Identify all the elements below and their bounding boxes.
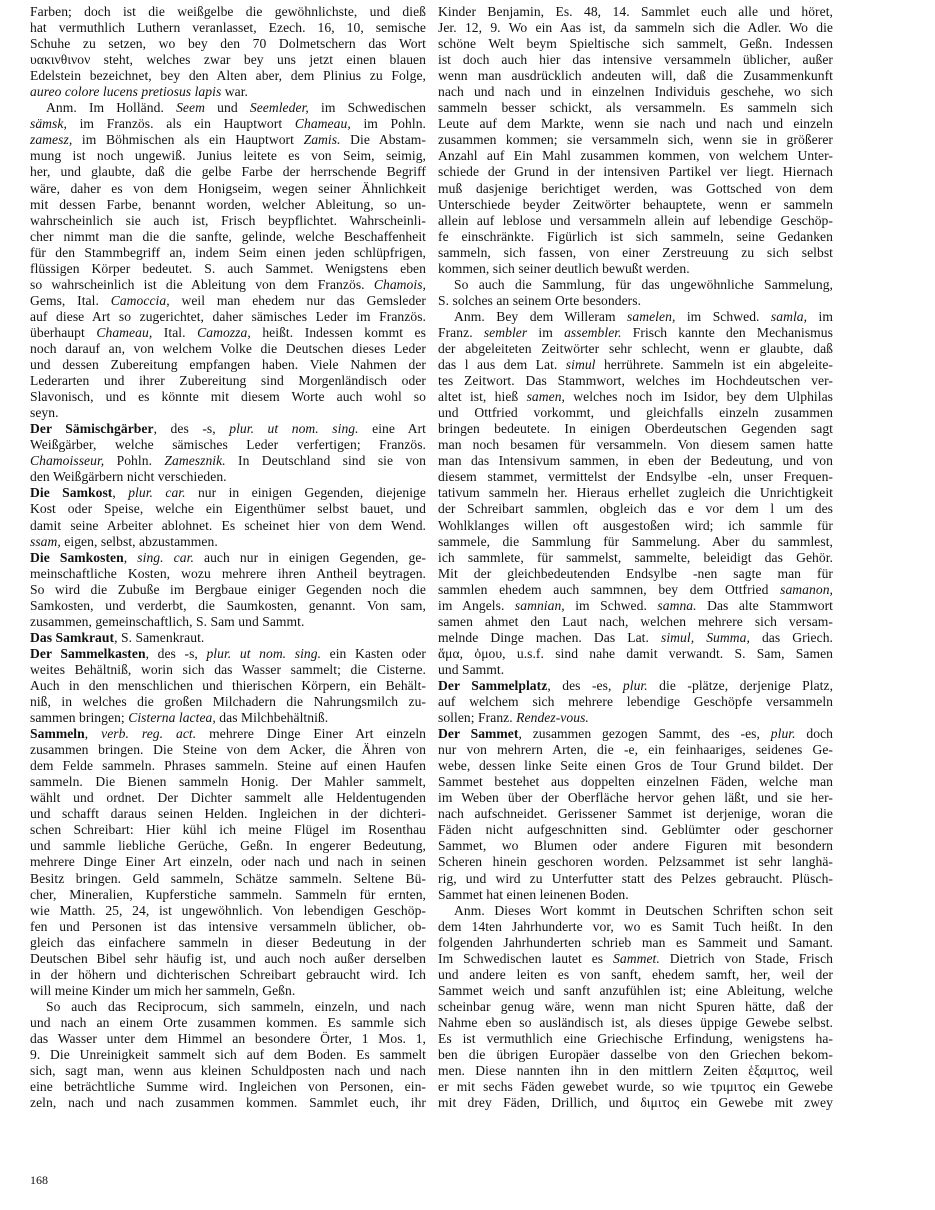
text-run: die -plätze, derjenige Platz, (648, 678, 833, 693)
text-line: Chamoisseur, Pohln. Zamesznik. In Deutsc… (30, 453, 426, 469)
text-line: zamesz, im Böhmischen als ein Hauptwort … (30, 132, 426, 148)
text-line: scheinbar genug wäre, wenn man nicht Spu… (438, 999, 833, 1015)
text-run: So auch das Reciprocum, sich sammeln, ei… (46, 999, 426, 1014)
text-line: nach und nach und in einzelnen Individui… (438, 84, 833, 100)
text-run: mehrere Dinge Einer Art einzeln, oder na… (30, 854, 426, 869)
italic-term: assembler. (564, 325, 622, 340)
text-line: diesem stammet, vermittelst der Endsylbe… (438, 469, 833, 485)
text-line: Die Samkost, plur. car. nur in einigen G… (30, 485, 426, 501)
text-line: man das Intensivum sammen, in eben der B… (438, 453, 833, 469)
italic-term: Seemleder, (250, 100, 309, 115)
text-run: im (527, 325, 564, 340)
italic-term: sämsk, (30, 116, 67, 131)
text-run: Auch in den menschlichen und thierischen… (30, 678, 426, 693)
text-run: eine Art (359, 421, 426, 436)
text-line: dem 14ten Jahrhunderte vor, wo es Samit … (438, 919, 833, 935)
text-line: noch darauf an, von welchem Volke die De… (30, 341, 426, 357)
text-line: im Weben über der Oberfläche hervor gehe… (438, 790, 833, 806)
text-run: zusammen bringen. Die Steine von dem Ack… (30, 742, 426, 757)
text-run: , (85, 726, 101, 741)
text-line: Schuhe zu setzen, wo bey den 70 Dolmetsc… (30, 36, 426, 52)
text-line: Sammet bestehet aus doppelten einzelnen … (438, 774, 833, 790)
text-run: sammeln besser schickt, als versammeln. … (438, 100, 833, 115)
entry-headword: Die Samkost (30, 485, 112, 500)
text-line: gleich das einfachere sammeln in dieser … (30, 935, 426, 951)
text-run: wahrscheinlich sie auch ist, Frisch beyp… (30, 213, 426, 228)
text-run: Jer. 12, 9. Wo ein Aas ist, da sammeln s… (438, 20, 833, 35)
text-run: wie Matth. 25, 24, ist ungewöhnlich. Von… (30, 903, 426, 918)
text-run: Scheren hinein geschoren worden. Pelzsam… (438, 854, 833, 869)
text-line: der abgeleiteten Zeitwörter sehr schlech… (438, 341, 833, 357)
text-run: Anm. Im Holländ. (46, 100, 176, 115)
text-line: man noch besamen für versammeln. Von die… (438, 437, 833, 453)
text-run: der abgeleiteten Zeitwörter sehr schlech… (438, 341, 833, 356)
text-run: ein Kasten oder (321, 646, 426, 661)
text-run: hat vermuthlich Luthern veranlasset, Eze… (30, 20, 426, 35)
text-line: Auch in den menschlichen und thierischen… (30, 678, 426, 694)
text-run: Sammet weich und sanft anzufühlen ist; e… (438, 983, 833, 998)
text-line: mehrere Dinge Einer Art einzeln, oder na… (30, 854, 426, 870)
italic-term: samanon, (780, 582, 833, 597)
text-run: Kost oder Speise, welche ein Eigenthümer… (30, 501, 426, 516)
text-run: Slavonisch, und es könnte mit diesem Wor… (30, 389, 426, 404)
text-run: schiede der Grund in der intensiven Part… (438, 164, 833, 179)
text-line: schen Schreibart: Hier kühl ich meine Fl… (30, 822, 426, 838)
text-run: weil man ehedem nur das Gemsleder (170, 293, 426, 308)
text-run: υακινθινον steht, welches zwar bey uns j… (30, 52, 426, 67)
text-run: sammele, die Sammlung für Sammelung. Abe… (438, 534, 833, 549)
text-run: eine beträchtliche Summe wird. Ingleiche… (30, 1079, 426, 1094)
text-run: Lederarten und ihrer Zubereitung sind Mo… (30, 373, 426, 388)
text-run: eigen, selbst, abzustammen. (61, 534, 218, 549)
italic-term: sembler (484, 325, 527, 340)
text-line: melnde Dinge machen. Das Lat. simul, Sum… (438, 630, 833, 646)
text-line: dem Felde sammeln. Phrases sammeln. Stei… (30, 758, 426, 774)
text-line: und Sammt. (438, 662, 833, 678)
text-run: seyn. (30, 405, 59, 420)
text-line: So auch das Reciprocum, sich sammeln, ei… (30, 999, 426, 1015)
text-line: den Weißgärbern nicht verschieden. (30, 469, 426, 485)
text-line: So wird die Zubuße im Bergbaue einiger G… (30, 582, 426, 598)
text-run: meinschaftliche Kosten, wozu mehrere ihr… (30, 566, 426, 581)
text-run: her, und glaubte, daß die gelbe Farbe de… (30, 164, 426, 179)
text-line: webe, dessen linke Seite einen Gros de T… (438, 758, 833, 774)
text-run: Besitz bringen. Geld sammeln, Schätze sa… (30, 871, 426, 886)
text-run: tativum sammeln her. Hieraus erhellet zu… (438, 485, 833, 500)
text-run: , (124, 550, 138, 565)
italic-term: Camozza, (197, 325, 251, 340)
text-line: auf diese Art so zugerichtet, daher sämi… (30, 309, 426, 325)
text-run: wenn man ausdrücklich andeuten will, daß… (438, 68, 833, 83)
text-line: sammele, die Sammlung für Sammelung. Abe… (438, 534, 833, 550)
text-run: gleich das einfachere sammeln in dieser … (30, 935, 426, 950)
italic-term: ssam, (30, 534, 61, 549)
text-run: und schafft daraus seinen Helden. Inglei… (30, 806, 426, 821)
text-run: cher nimmt man die die sanfte, gelinde, … (30, 229, 426, 244)
text-line: schöne Welt beym Spieltische sich sammel… (438, 36, 833, 52)
text-run: Schuhe zu setzen, wo bey den 70 Dolmetsc… (30, 36, 426, 51)
text-line: und andere leiten es von sanft, ehedem s… (438, 967, 833, 983)
text-line: wahrscheinlich sie auch ist, Frisch beyp… (30, 213, 426, 229)
text-run: damit seine Arbeiter ablohnet. Es schein… (30, 518, 426, 533)
text-run: fe einschränkte. Figürlich ist sich samm… (438, 229, 833, 244)
text-run: und (205, 100, 250, 115)
text-line: mit dessen Farbe, benannt worden, welche… (30, 197, 426, 213)
text-line: Unterschiede beyder Zeitwörter behauptet… (438, 197, 833, 213)
text-run: samen ahmet den Laut nach, welchen mehre… (438, 614, 833, 629)
text-line: Lederarten und ihrer Zubereitung sind Mo… (30, 373, 426, 389)
text-run: nach aufschneidet. Gerissener Sammet ist… (438, 806, 833, 821)
text-line: men. Diese nannten ihn in den mittlern Z… (438, 1063, 833, 1079)
entry-headword: Der Sammelplatz (438, 678, 547, 693)
text-run: im Französ. als ein Hauptwort (67, 116, 295, 131)
page-number: 168 (30, 1173, 48, 1188)
text-line: Nahme eben so ausländisch ist, als diese… (438, 1015, 833, 1031)
text-line: er mit sechs Fäden gewebet wurde, so wie… (438, 1079, 833, 1095)
text-run: Sammet hat einen leinenen Boden. (438, 887, 629, 902)
text-run: Samkosten, und verderbt, die Saumkosten,… (30, 598, 426, 613)
text-line: cher nimmt man die die sanfte, gelinde, … (30, 229, 426, 245)
text-run: melnde Dinge machen. Das Lat. (438, 630, 661, 645)
text-line: damit seine Arbeiter ablohnet. Es schein… (30, 518, 426, 534)
text-run: im (807, 309, 833, 324)
text-run: Ital. (152, 325, 197, 340)
italic-term: samla, (771, 309, 807, 324)
text-run: folgenden Jahrhunderten schrieb man es S… (438, 935, 833, 950)
italic-term: Rendez-vous. (516, 710, 589, 725)
text-line: meinschaftliche Kosten, wozu mehrere ihr… (30, 566, 426, 582)
text-run: Leute auf dem Markte, wenn sie nach und … (438, 116, 833, 131)
italic-term: plur. (771, 726, 796, 741)
text-line: Anzahl auf Ein Mahl zusammen kommen, von… (438, 148, 833, 164)
text-line: Der Sammet, zusammen gezogen Sammt, des … (438, 726, 833, 742)
text-line: muß dasjenige berichtiget werden, was Go… (438, 181, 833, 197)
text-run: man das Intensivum sammen, in eben der B… (438, 453, 833, 468)
italic-term: simul (566, 357, 596, 372)
text-run: und Sammt. (438, 662, 504, 677)
text-run: weites Behältniß, worin sich das Wasser … (30, 662, 426, 677)
text-line: mit drey Fäden, Drillich, und διμιτος ei… (438, 1095, 833, 1111)
text-run: auf welchem sich mehrere lebendige Gesch… (438, 694, 833, 709)
text-run: Sammet bestehet aus doppelten einzelnen … (438, 774, 833, 789)
text-line: Weißgärber, welche sämisches Leder verfe… (30, 437, 426, 453)
text-line: und dessen Zubereitung empfangen haben. … (30, 357, 426, 373)
text-line: Die Samkosten, sing. car. auch nur in ei… (30, 550, 426, 566)
text-line: tes Zeitwort. Das Stammwort, welches im … (438, 373, 833, 389)
text-line: Scheren hinein geschoren worden. Pelzsam… (438, 854, 833, 870)
text-run: So wird die Zubuße im Bergbaue einiger G… (30, 582, 426, 597)
text-run: war. (221, 84, 248, 99)
text-line: seyn. (30, 405, 426, 421)
text-run: das Wasser unter dem Himmel an besondere… (30, 1031, 426, 1046)
text-run: niß, in welches die großen Milchadern di… (30, 694, 426, 709)
text-run: sammlen ehedem auch sammnen, bey dem Ott… (438, 582, 780, 597)
text-run: herrührete. Sammeln ist ein abgeleite- (596, 357, 833, 372)
text-line: und Ottfried vorkommt, und gleichfalls e… (438, 405, 833, 421)
text-run: mit drey Fäden, Drillich, und διμιτος ei… (438, 1095, 833, 1110)
italic-term: Seem (176, 100, 205, 115)
text-line: zusammen kommen; sie versammeln sich, we… (438, 132, 833, 148)
text-line: Deutschen Bibel sehr häufig ist, und auc… (30, 951, 426, 967)
text-run: Unterschiede beyder Zeitwörter behauptet… (438, 197, 833, 212)
text-run: mit dessen Farbe, benannt worden, welche… (30, 197, 426, 212)
text-run: er mit sechs Fäden gewebet wurde, so wie… (438, 1079, 833, 1094)
text-run: Deutschen Bibel sehr häufig ist, und auc… (30, 951, 426, 966)
text-run: im Weben über der Oberfläche hervor gehe… (438, 790, 833, 805)
text-run: sammen bringen; (30, 710, 128, 725)
entry-headword: Das Samkraut (30, 630, 114, 645)
text-run: das Milchbehältniß. (216, 710, 328, 725)
text-line: sämsk, im Französ. als ein Hauptwort Cha… (30, 116, 426, 132)
text-line: sammeln. Die Bienen sammeln Honig. Der M… (30, 774, 426, 790)
text-line: Franz. sembler im assembler. Frisch kann… (438, 325, 833, 341)
text-run: welches noch im Isidor, bey dem Ulphilas (565, 389, 833, 404)
text-run: Das alte Stammwort (697, 598, 833, 613)
italic-term: simul, Summa, (661, 630, 750, 645)
text-run: ist doch auch hier das intensive versamm… (438, 52, 833, 67)
text-run: sich, sagt man, wenn aus kleinen Schuldp… (30, 1063, 426, 1078)
text-line: ἅμα, ὁμου, u.s.f. sind nahe damit verwan… (438, 646, 833, 662)
text-line: Sammet hat einen leinenen Boden. (438, 887, 833, 903)
text-line: Anm. Bey dem Willeram samelen, im Schwed… (438, 309, 833, 325)
text-run: nur in einigen Gegenden, diejenige (186, 485, 426, 500)
text-run: Weißgärber, welche sämisches Leder verfe… (30, 437, 426, 452)
entry-headword: Der Sammet (438, 726, 518, 741)
text-run: Dietrich von Stade, Frisch (660, 951, 833, 966)
text-run: im Schwed. (675, 309, 771, 324)
text-line: Wohlklanges willen oft ausgestoßen wird;… (438, 518, 833, 534)
text-run: bringen bedeutete. In einigen Oberdeutsc… (438, 421, 833, 436)
text-run: schöne Welt beym Spieltische sich sammel… (438, 36, 833, 51)
text-run: dem Felde sammeln. Phrases sammeln. Stei… (30, 758, 426, 773)
text-line: und schafft daraus seinen Helden. Inglei… (30, 806, 426, 822)
text-line: wenn man ausdrücklich andeuten will, daß… (438, 68, 833, 84)
text-run: nach und nach und in einzelnen Individui… (438, 84, 833, 99)
text-run: den Weißgärbern nicht verschieden. (30, 469, 227, 484)
text-line: Anm. Im Holländ. Seem und Seemleder, im … (30, 100, 426, 116)
italic-term: samnian, (515, 598, 565, 613)
text-line: wählt und ordnet. Der Dichter sammelt al… (30, 790, 426, 806)
text-run: 9. Die Unreinigkeit sammelt sich auf dem… (30, 1047, 426, 1062)
text-run: das Griech. (750, 630, 833, 645)
text-line: samen ahmet den Laut nach, welchen mehre… (438, 614, 833, 630)
text-run: und dessen Zubereitung empfangen haben. … (30, 357, 426, 372)
text-run: Edelstein bezeichnet, bey den Alten aber… (30, 68, 426, 83)
text-run: muß dasjenige berichtiget werden, was Go… (438, 181, 833, 196)
text-line: sollen; Franz. Rendez-vous. (438, 710, 833, 726)
text-line: Samkosten, und verderbt, die Saumkosten,… (30, 598, 426, 614)
text-line: so wahrscheinlich ist die Ableitung von … (30, 277, 426, 293)
text-line: zusammen, gemeinschaftlich, S. Sam und S… (30, 614, 426, 630)
entry-headword: Der Sämischgärber (30, 421, 154, 436)
text-run: schen Schreibart: Hier kühl ich meine Fl… (30, 822, 426, 837)
text-line: eine beträchtliche Summe wird. Ingleiche… (30, 1079, 426, 1095)
text-run: Kinder Benjamin, Es. 48, 14. Sammlet euc… (438, 4, 833, 19)
text-line: das l aus dem Lat. simul herrührete. Sam… (438, 357, 833, 373)
italic-term: sing. car. (137, 550, 194, 565)
text-run: zeln, nach und nach zusammen kommen. Sam… (30, 1095, 426, 1110)
text-line: fe einschränkte. Figürlich ist sich samm… (438, 229, 833, 245)
text-line: υακινθινον steht, welches zwar bey uns j… (30, 52, 426, 68)
text-line: Fäden nicht aufgeschnitten sind. Geblümt… (438, 822, 833, 838)
text-run: Gems, Ital. (30, 293, 111, 308)
text-run: , des -s, (146, 646, 207, 661)
text-line: Edelstein bezeichnet, bey den Alten aber… (30, 68, 426, 84)
italic-term: samelen, (627, 309, 675, 324)
text-run: im Schwedischen (309, 100, 426, 115)
italic-term: aureo colore lucens pretiosus lapis (30, 84, 221, 99)
text-run: doch (796, 726, 833, 741)
text-line: allein auf leblose und versammeln allein… (438, 213, 833, 229)
text-run: zusammen kommen; sie versammeln sich, we… (438, 132, 833, 147)
text-line: sammen bringen; Cisterna lactea, das Mil… (30, 710, 426, 726)
text-line: 9. Die Unreinigkeit sammelt sich auf dem… (30, 1047, 426, 1063)
text-run: So auch die Sammlung, für das ungewöhnli… (454, 277, 833, 292)
text-run: altet ist, hieß (438, 389, 527, 404)
entry-headword: Der Sammelkasten (30, 646, 146, 661)
text-line: auf welchem sich mehrere lebendige Gesch… (438, 694, 833, 710)
text-line: Der Sammelkasten, des -s, plur. ut nom. … (30, 646, 426, 662)
italic-term: Chamoisseur, (30, 453, 104, 468)
italic-term: Zamesznik. (164, 453, 225, 468)
text-line: Sammeln, verb. reg. act. mehrere Dinge E… (30, 726, 426, 742)
text-run: heißt. Indessen kommt es (251, 325, 426, 340)
text-line: für den Stammbegriff an, indem Seim eine… (30, 245, 426, 261)
text-run: wäre, daher es von dem Honigseim, wegen … (30, 181, 426, 196)
text-line: der Schreibart sammlen, obgleich das e v… (438, 501, 833, 517)
text-run: für den Stammbegriff an, indem Seim eine… (30, 245, 426, 260)
italic-term: samna. (657, 598, 696, 613)
text-run: Mit der gleichbedeutenden Endsylbe -nen … (438, 566, 833, 581)
text-run: S. solches an seinem Orte besonders. (438, 293, 641, 308)
text-line: mung ist noch ungewiß. Junius leitete es… (30, 148, 426, 164)
text-run: Franz. (438, 325, 484, 340)
text-run: Anm. Bey dem Willeram (454, 309, 627, 324)
text-line: sammeln besser schickt, als versammeln. … (438, 100, 833, 116)
text-line: fen und Personen ist das intensive versa… (30, 919, 426, 935)
text-line: ssam, eigen, selbst, abzustammen. (30, 534, 426, 550)
text-run: flüssigen Körper bedeutet. S. auch Samme… (30, 261, 426, 276)
text-run: auch nur in einigen Gegenden, ge- (194, 550, 426, 565)
text-run: , S. Samenkraut. (114, 630, 204, 645)
text-run: In Deutschland sind sie von (226, 453, 426, 468)
text-line: S. solches an seinem Orte besonders. (438, 293, 833, 309)
text-line: zeln, nach und nach zusammen kommen. Sam… (30, 1095, 426, 1111)
italic-term: verb. reg. act. (101, 726, 196, 741)
text-line: ben die übrigen Europäer dasselbe von de… (438, 1047, 833, 1063)
text-line: ich sammlete, für sammelst, sammelte, be… (438, 550, 833, 566)
text-line: Mit der gleichbedeutenden Endsylbe -nen … (438, 566, 833, 582)
text-run: in der höhern und dichterischen Schreiba… (30, 967, 426, 982)
text-line: zusammen bringen. Die Steine von dem Ack… (30, 742, 426, 758)
entry-headword: Die Samkosten (30, 550, 124, 565)
text-line: wie Matth. 25, 24, ist ungewöhnlich. Von… (30, 903, 426, 919)
text-run: Farben; doch ist die weißgelbe die gewöh… (30, 4, 426, 19)
text-line: Besitz bringen. Geld sammeln, Schätze sa… (30, 871, 426, 887)
text-run: man noch besamen für versammeln. Von die… (438, 437, 833, 452)
text-run: ἅμα, ὁμου, u.s.f. sind nahe damit verwan… (438, 646, 833, 661)
text-line: nur von mehrern Arten, die -e, ein feinh… (438, 742, 833, 758)
text-line: aureo colore lucens pretiosus lapis war. (30, 84, 426, 100)
text-line: nach aufschneidet. Gerissener Sammet ist… (438, 806, 833, 822)
italic-term: Sammet. (613, 951, 660, 966)
text-run: will meine Kinder um mich her sammeln, G… (30, 983, 295, 998)
text-run: Anm. Dieses Wort kommt in Deutschen Schr… (454, 903, 833, 918)
text-line: Es ist vermuthlich eine Griechische Erfi… (438, 1031, 833, 1047)
text-run: kommen, sich seiner deutlich bewußt werd… (438, 261, 690, 276)
text-run: und Ottfried vorkommt, und gleichfalls e… (438, 405, 833, 420)
entry-headword: Sammeln (30, 726, 85, 741)
text-line: rig, und wird zu Unterfutter statt des P… (438, 871, 833, 887)
text-line: Kost oder Speise, welche ein Eigenthümer… (30, 501, 426, 517)
text-line: Im Schwedischen lautet es Sammet. Dietri… (438, 951, 833, 967)
text-line: in der höhern und dichterischen Schreiba… (30, 967, 426, 983)
text-line: Gems, Ital. Camoccia, weil man ehedem nu… (30, 293, 426, 309)
text-run: Sammet, wo Blumen oder andere Figuren mi… (438, 838, 833, 853)
text-run: im Pohln. (351, 116, 426, 131)
text-line: hat vermuthlich Luthern veranlasset, Eze… (30, 20, 426, 36)
italic-term: plur. ut nom. sing. (229, 421, 358, 436)
text-run: , des -s, (154, 421, 230, 436)
italic-term: plur. ut nom. sing. (206, 646, 321, 661)
text-run: scheinbar genug wäre, wenn man nicht Spu… (438, 999, 833, 1014)
italic-term: samen, (527, 389, 565, 404)
text-line: altet ist, hieß samen, welches noch im I… (438, 389, 833, 405)
text-run: auf diese Art so zugerichtet, daher sämi… (30, 309, 426, 324)
text-run: dem 14ten Jahrhunderte vor, wo es Samit … (438, 919, 833, 934)
text-run: und nach an einem Orte zusammen kommen. … (30, 1015, 426, 1030)
text-line: flüssigen Körper bedeutet. S. auch Samme… (30, 261, 426, 277)
text-run: noch darauf an, von welchem Volke die De… (30, 341, 426, 356)
text-run: sammeln. Die Bienen sammeln Honig. Der M… (30, 774, 426, 789)
left-column: Farben; doch ist die weißgelbe die gewöh… (30, 4, 426, 1111)
text-run: der Schreibart sammlen, obgleich das e v… (438, 501, 833, 516)
text-run: im Schwed. (565, 598, 658, 613)
text-run: , (112, 485, 128, 500)
text-run: sammeln, sich fassen, von einer Zerstreu… (438, 245, 833, 260)
text-run: diesem stammet, vermittelst der Endsylbe… (438, 469, 833, 484)
text-run: ich sammlete, für sammelst, sammelte, be… (438, 550, 833, 565)
text-line: das Wasser unter dem Himmel an besondere… (30, 1031, 426, 1047)
text-run: Anzahl auf Ein Mahl zusammen kommen, von… (438, 148, 833, 163)
italic-term: Cisterna lactea, (128, 710, 216, 725)
text-run: überhaupt (30, 325, 96, 340)
text-run: nur von mehrern Arten, die -e, ein feinh… (438, 742, 833, 757)
text-run: so wahrscheinlich ist die Ableitung von … (30, 277, 374, 292)
italic-term: Zamis. (304, 132, 341, 147)
text-run: , des -es, (547, 678, 623, 693)
text-line: Slavonisch, und es könnte mit diesem Wor… (30, 389, 426, 405)
text-run: Wohlklanges willen oft ausgestoßen wird;… (438, 518, 833, 533)
text-run: im Böhmischen als ein Hauptwort (72, 132, 303, 147)
text-line: sammlen ehedem auch sammnen, bey dem Ott… (438, 582, 833, 598)
italic-term: plur. (623, 678, 648, 693)
text-run: Es ist vermuthlich eine Griechische Erfi… (438, 1031, 833, 1046)
text-line: cher, Mineralien, Kupferstiche sammeln. … (30, 887, 426, 903)
text-run: Pohln. (104, 453, 164, 468)
text-run: im Angels. (438, 598, 515, 613)
text-run: cher, Mineralien, Kupferstiche sammeln. … (30, 887, 426, 902)
italic-term: Chameau, (295, 116, 351, 131)
text-run: Die Abstam- (341, 132, 426, 147)
text-run: Nahme eben so ausländisch ist, als diese… (438, 1015, 833, 1030)
text-line: Sammet weich und sanft anzufühlen ist; e… (438, 983, 833, 999)
text-line: folgenden Jahrhunderten schrieb man es S… (438, 935, 833, 951)
text-line: wäre, daher es von dem Honigseim, wegen … (30, 181, 426, 197)
text-line: und sammle liebliche Gerüche, Geßn. In e… (30, 838, 426, 854)
text-run: und andere leiten es von sanft, ehedem s… (438, 967, 833, 982)
text-line: Der Sammelplatz, des -es, plur. die -plä… (438, 678, 833, 694)
